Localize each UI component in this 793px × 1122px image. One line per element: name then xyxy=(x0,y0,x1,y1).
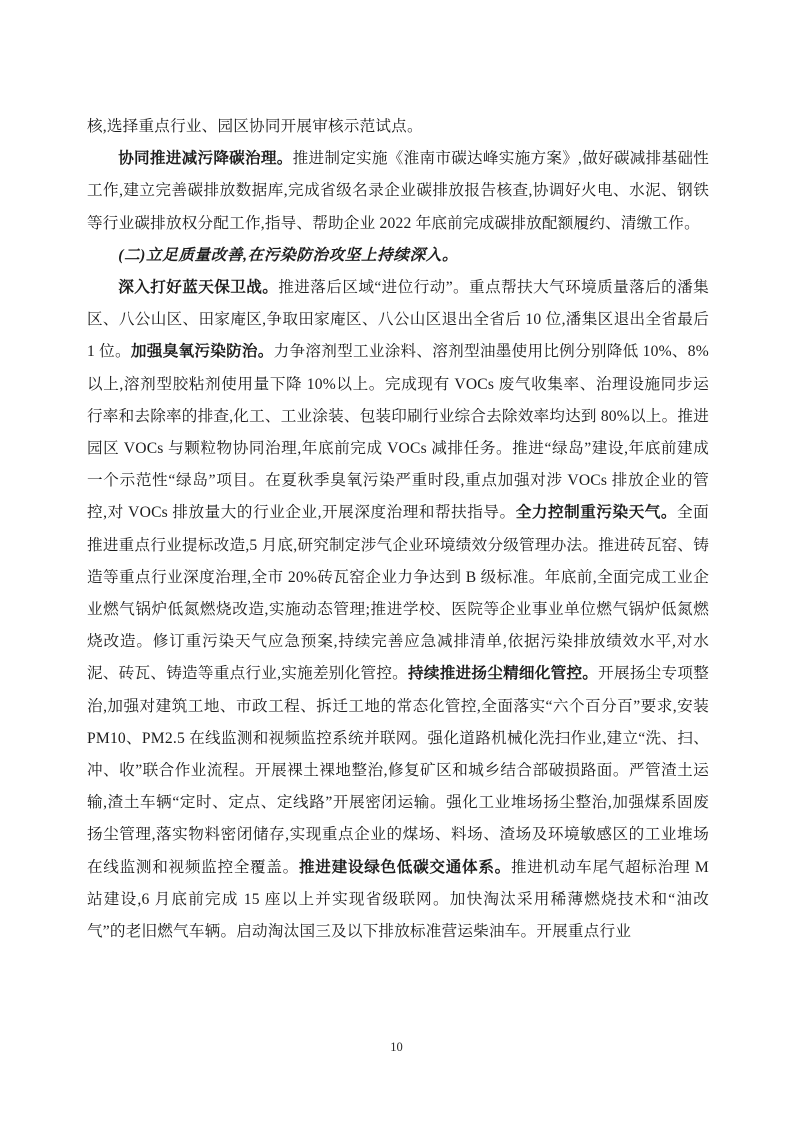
bold-lead-phrase: 全力控制重污染天气。 xyxy=(516,504,677,521)
bold-lead-phrase: 协同推进减污降碳治理。 xyxy=(118,150,292,167)
section-heading-text: (二)立足质量改善,在污染防治攻坚上持续深入。 xyxy=(118,247,458,264)
document-body: 核,选择重点行业、园区协同开展审核示范试点。 协同推进减污降碳治理。推进制定实施… xyxy=(87,111,709,948)
body-text: 开展扬尘专项整治,加强对建筑工地、市政工程、拆迁工地的常态化管控,全面落实“六个… xyxy=(87,665,709,875)
paragraph-continuation: 核,选择重点行业、园区协同开展审核示范试点。 xyxy=(87,111,709,143)
paragraph: 深入打好蓝天保卫战。推进落后区域“进位行动”。重点帮扶大气环境质量落后的潘集区、… xyxy=(87,272,709,948)
bold-lead-phrase: 推进建设绿色低碳交通体系。 xyxy=(299,859,511,876)
bold-lead-phrase: 深入打好蓝天保卫战。 xyxy=(118,279,278,296)
body-text: 力争溶剂型工业涂料、溶剂型油墨使用比例分别降低 10%、8%以上,溶剂型胶粘剂使… xyxy=(87,343,709,521)
body-text: 全面推进重点行业提标改造,5 月底,研究制定涉气企业环境绩效分级管理办法。推进砖… xyxy=(87,504,709,682)
bold-lead-phrase: 持续推进扬尘精细化管控。 xyxy=(408,665,598,682)
page-number: 10 xyxy=(390,1040,403,1054)
paragraph: 协同推进减污降碳治理。推进制定实施《淮南市碳达峰实施方案》,做好碳减排基础性工作… xyxy=(87,143,709,240)
document-page: 核,选择重点行业、园区协同开展审核示范试点。 协同推进减污降碳治理。推进制定实施… xyxy=(0,0,793,1122)
page-footer: 10 xyxy=(0,1038,793,1056)
body-text: 核,选择重点行业、园区协同开展审核示范试点。 xyxy=(87,118,423,135)
section-heading: (二)立足质量改善,在污染防治攻坚上持续深入。 xyxy=(87,240,709,272)
bold-lead-phrase: 加强臭氧污染防治。 xyxy=(131,343,274,360)
